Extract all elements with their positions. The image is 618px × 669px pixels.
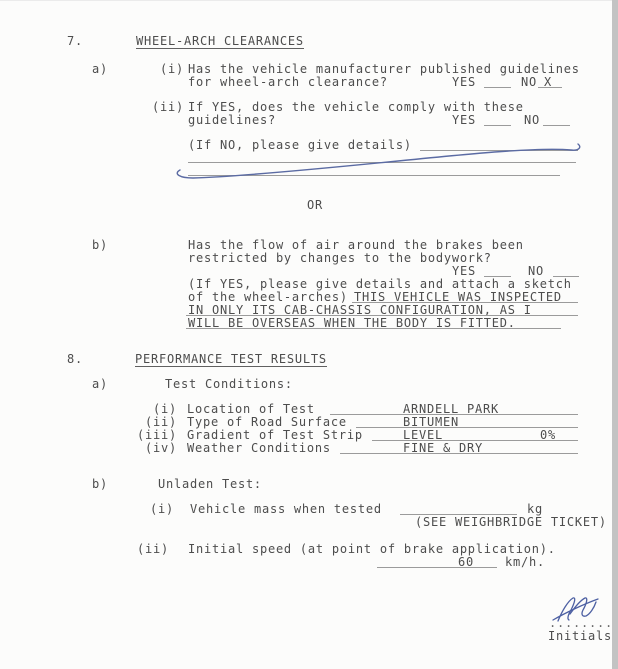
speed-unit: km/h. <box>505 556 545 568</box>
row-surface-label: Type of Road Surface <box>187 416 347 428</box>
item-b-answer-line3-rule <box>186 328 561 329</box>
document-page: 7. WHEEL-ARCH CLEARANCES a) (i) Has the … <box>0 0 618 669</box>
item-b-yes-label: YES <box>452 265 476 277</box>
item-ii-no-label: NO <box>524 114 540 126</box>
item-b-no-label: NO <box>528 265 544 277</box>
item-ii-yes-label: YES <box>452 114 476 126</box>
section8-title: PERFORMANCE TEST RESULTS <box>135 353 327 367</box>
section7-number: 7. <box>67 35 83 47</box>
speed-rule <box>377 567 497 568</box>
row-gradient-extra: 0% <box>540 429 556 441</box>
row-gradient-value: LEVEL <box>403 429 443 441</box>
row-surface-number: (ii) <box>145 416 177 428</box>
item-i-yes-blank <box>484 87 511 88</box>
row-location-label: Location of Test <box>187 403 315 415</box>
row-gradient-number: (iii) <box>137 429 177 441</box>
details-prompt: (If NO, please give details) <box>188 139 412 151</box>
scan-edge-top <box>0 0 618 1</box>
section8-a-label: a) <box>92 378 108 390</box>
mass-number: (i) <box>150 503 174 515</box>
item-b-prompt-line1: (If YES, please give details and attach … <box>188 278 572 290</box>
row-weather-number: (iv) <box>145 442 177 454</box>
details-blank-line-0 <box>420 150 578 151</box>
mass-note: (SEE WEIGHBRIDGE TICKET) <box>415 516 607 528</box>
item-i-question-line1: Has the vehicle manufacturer published g… <box>188 63 580 75</box>
or-label: OR <box>307 199 323 211</box>
section7-a-label: a) <box>92 63 108 75</box>
item-b-question-line2: restricted by changes to the bodywork? <box>188 252 492 264</box>
mass-label: Vehicle mass when tested <box>190 503 382 515</box>
speed-label: Initial speed (at point of brake applica… <box>188 543 556 555</box>
item-i-no-blank <box>538 87 562 88</box>
item-ii-yes-blank <box>484 125 511 126</box>
row-weather-value: FINE & DRY <box>403 442 483 454</box>
row-surface-value: BITUMEN <box>403 416 459 428</box>
mass-unit: kg <box>527 503 543 515</box>
section8-b-label: b) <box>92 478 108 490</box>
item-ii-question-line1: If YES, does the vehicle comply with the… <box>188 101 524 113</box>
item-i-no-label: NO <box>521 76 537 88</box>
item-i-question-line2: for wheel-arch clearance? <box>188 76 388 88</box>
speed-number: (ii) <box>137 543 169 555</box>
test-conditions-heading: Test Conditions: <box>165 378 293 390</box>
row-gradient-label: Gradient of Test Strip <box>187 429 363 441</box>
row-location-value: ARNDELL PARK <box>403 403 499 415</box>
item-b-question-line1: Has the flow of air around the brakes be… <box>188 239 524 251</box>
initials-label: Initials <box>548 630 612 642</box>
item-i-yes-label: YES <box>452 76 476 88</box>
section7-title: WHEEL-ARCH CLEARANCES <box>136 35 304 49</box>
speed-value: 60 <box>458 556 474 568</box>
item-b-prompt-line2: of the wheel-arches) <box>188 291 348 303</box>
row-location-number: (i) <box>153 403 177 415</box>
details-blank-line-1 <box>188 162 576 163</box>
item-ii-number: (ii) <box>152 101 184 113</box>
details-blank-line-2 <box>188 175 560 176</box>
row-weather-label: Weather Conditions <box>187 442 331 454</box>
section7-b-label: b) <box>92 239 108 251</box>
unladen-test-heading: Unladen Test: <box>158 478 262 490</box>
initials-dotted-line: ........ <box>549 617 613 629</box>
section8-number: 8. <box>67 353 83 365</box>
item-i-number: (i) <box>160 63 184 75</box>
item-ii-question-line2: guidelines? <box>188 114 276 126</box>
item-ii-no-blank <box>543 125 570 126</box>
scan-edge-right <box>612 0 618 669</box>
